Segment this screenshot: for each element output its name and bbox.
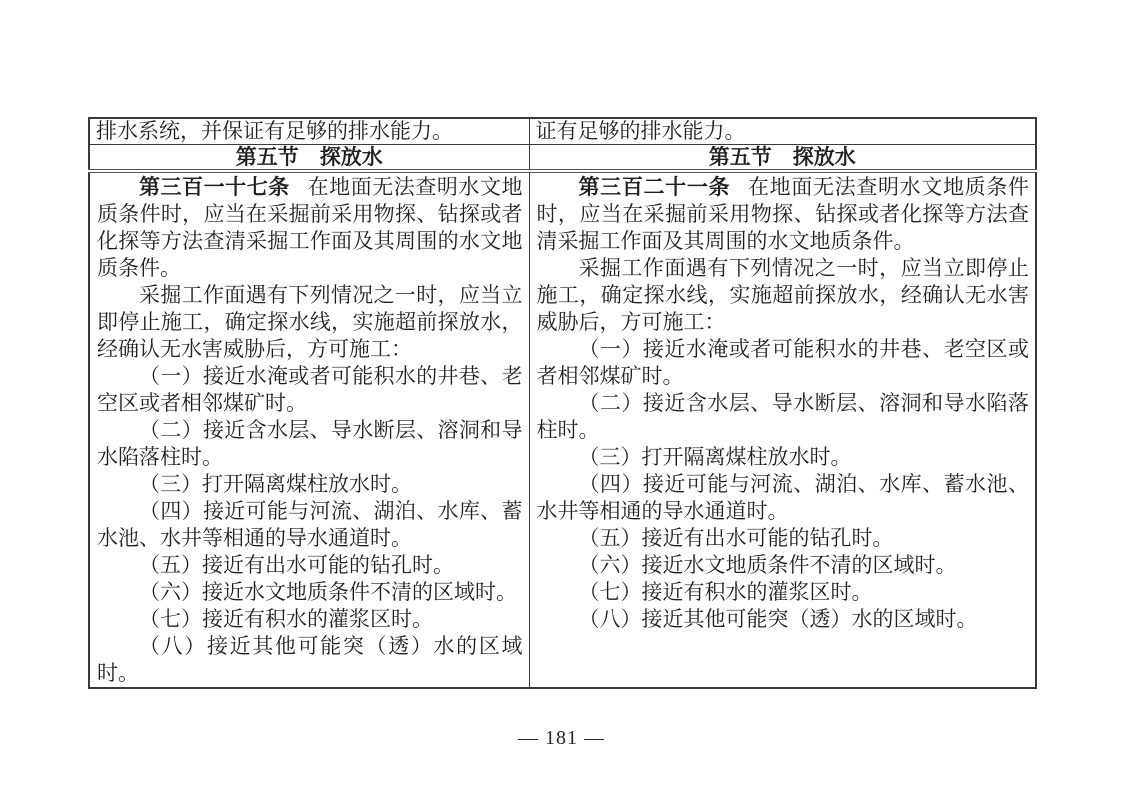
right-item-6: （六）接近水文地质条件不清的区域时。: [537, 552, 1030, 579]
right-item-5: （五）接近有出水可能的钻孔时。: [537, 525, 1030, 552]
right-conditions-paragraph: 采掘工作面遇有下列情况之一时，应当立即停止施工，确定探水线，实施超前探放水，经确…: [537, 255, 1030, 336]
right-item-1: （一）接近水淹或者可能积水的井巷、老空区或者相邻煤矿时。: [537, 336, 1030, 390]
right-article-number: 第三百二十一条: [579, 175, 731, 199]
left-article-number: 第三百一十七条: [139, 175, 290, 199]
right-carryover-cell: 证有足够的排水能力。: [529, 118, 1036, 145]
left-item-4: （四）接近可能与河流、湖泊、水库、蓄水池、水井等相通的导水通道时。: [97, 498, 523, 552]
left-item-8: （八）接近其他可能突（透）水的区域时。: [97, 633, 523, 687]
right-section-header: 第五节 探放水: [529, 145, 1036, 172]
left-item-3: （三）打开隔离煤柱放水时。: [97, 471, 523, 498]
article-body-row: 第三百一十七条在地面无法查明水文地质条件时，应当在采掘前采用物探、钻探或者化探等…: [89, 171, 1036, 688]
left-article-intro-paragraph: 第三百一十七条在地面无法查明水文地质条件时，应当在采掘前采用物探、钻探或者化探等…: [97, 174, 523, 282]
right-item-8: （八）接近其他可能突（透）水的区域时。: [537, 606, 1030, 633]
section-header-row: 第五节 探放水 第五节 探放水: [89, 145, 1036, 172]
left-section-header: 第五节 探放水: [89, 145, 529, 172]
right-article-cell: 第三百二十一条在地面无法查明水文地质条件时，应当在采掘前采用物探、钻探或者化探等…: [529, 171, 1036, 688]
left-item-6: （六）接近水文地质条件不清的区域时。: [97, 579, 523, 606]
comparison-table: 排水系统，并保证有足够的排水能力。 证有足够的排水能力。 第五节 探放水 第五节…: [88, 117, 1037, 689]
left-item-7: （七）接近有积水的灌浆区时。: [97, 606, 523, 633]
right-item-2: （二）接近含水层、导水断层、溶洞和导水陷落柱时。: [537, 390, 1030, 444]
left-item-1: （一）接近水淹或者可能积水的井巷、老空区或者相邻煤矿时。: [97, 363, 523, 417]
page-canvas: 排水系统，并保证有足够的排水能力。 证有足够的排水能力。 第五节 探放水 第五节…: [0, 0, 1123, 794]
left-article-cell: 第三百一十七条在地面无法查明水文地质条件时，应当在采掘前采用物探、钻探或者化探等…: [89, 171, 529, 688]
left-item-2: （二）接近含水层、导水断层、溶洞和导水陷落柱时。: [97, 417, 523, 471]
right-item-3: （三）打开隔离煤柱放水时。: [537, 444, 1030, 471]
page-number: — 181 —: [0, 727, 1123, 750]
left-conditions-paragraph: 采掘工作面遇有下列情况之一时，应当立即停止施工，确定探水线，实施超前探放水，经确…: [97, 282, 523, 363]
left-carryover-cell: 排水系统，并保证有足够的排水能力。: [89, 118, 529, 145]
right-item-7: （七）接近有积水的灌浆区时。: [537, 579, 1030, 606]
carryover-row: 排水系统，并保证有足够的排水能力。 证有足够的排水能力。: [89, 118, 1036, 145]
left-carryover-text: 排水系统，并保证有足够的排水能力。: [96, 119, 453, 143]
left-item-5: （五）接近有出水可能的钻孔时。: [97, 552, 523, 579]
right-article-intro-paragraph: 第三百二十一条在地面无法查明水文地质条件时，应当在采掘前采用物探、钻探或者化探等…: [537, 174, 1030, 255]
right-carryover-text: 证有足够的排水能力。: [536, 119, 746, 143]
right-item-4: （四）接近可能与河流、湖泊、水库、蓄水池、水井等相通的导水通道时。: [537, 471, 1030, 525]
